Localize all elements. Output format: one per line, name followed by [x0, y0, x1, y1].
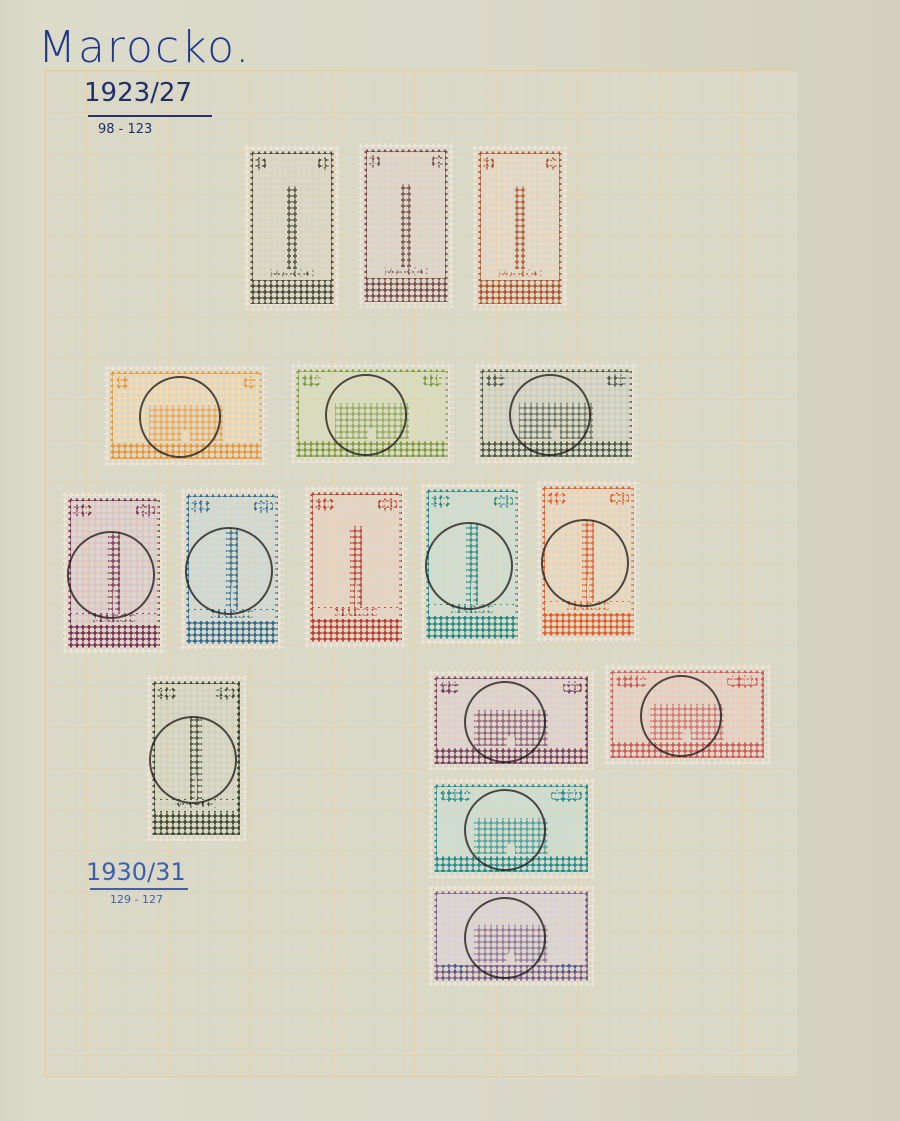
monument-illustration: [474, 710, 549, 747]
denomination: 2: [369, 155, 381, 168]
monument-illustration: [650, 704, 725, 741]
gate-arch: [683, 729, 692, 740]
country-name: MAROC: [155, 800, 237, 811]
monument-illustration: [466, 523, 478, 604]
country-name: MAROC: [437, 895, 585, 905]
monument-illustration: [515, 186, 525, 269]
country-name: MAROC: [113, 375, 259, 385]
section-years: 1923/27: [84, 78, 192, 108]
denomination: 1: [255, 157, 267, 170]
stamp-vignette: [495, 387, 618, 440]
stamp: MAROC3030: [420, 483, 524, 645]
denomination: 30: [378, 498, 397, 511]
gate-arch: [355, 583, 356, 607]
gate-arch: [195, 774, 196, 799]
stamp-vignette: [320, 515, 392, 607]
denomination: 2: [432, 155, 444, 168]
stamp: MAROC3030: [304, 486, 408, 648]
section-years: 1930/31: [86, 858, 186, 886]
stamp: MAROC50c50c: [428, 885, 594, 987]
stamp: MAROC7575: [428, 670, 594, 770]
underline: [88, 115, 212, 117]
underline: [90, 888, 188, 890]
country-name: MAROC: [481, 269, 559, 280]
stamp-vignette: [449, 802, 573, 855]
stamp-frame: MAROC22: [364, 149, 448, 302]
denomination: 3: [546, 157, 558, 170]
stamp: MAROC2525: [180, 488, 284, 650]
denomination: 3: [483, 157, 495, 170]
gate-arch: [113, 589, 114, 613]
monument-illustration: [108, 532, 120, 613]
stamp-frame: MAROC55: [110, 371, 262, 459]
gate-arch: [471, 580, 472, 604]
monument-illustration: [350, 526, 362, 607]
stamp-frame: MAROC1010: [296, 369, 448, 457]
stamp-vignette: [311, 387, 434, 440]
inscription-band: [299, 441, 445, 454]
country-name: MAROC: [253, 269, 331, 280]
gate-arch: [291, 244, 292, 269]
page-heading: Marocko.: [38, 22, 251, 73]
denomination: 15: [486, 374, 505, 387]
denomination: 10: [302, 374, 321, 387]
denomination: 1 40: [727, 675, 758, 688]
stamp-vignette: [196, 517, 268, 609]
gate-arch: [587, 577, 588, 601]
inscription-band: [613, 742, 761, 755]
denomination: 50: [216, 687, 235, 700]
stamp-frame: MAROC50c50c: [434, 891, 588, 981]
surcharge-overprint: 50c: [443, 962, 465, 975]
inscription-band: [113, 443, 259, 456]
stamp: MAROC22: [358, 143, 454, 308]
stamp: MAROC1515: [474, 363, 638, 463]
denomination: 40: [610, 492, 629, 505]
stamp-frame: MAROC5050: [152, 681, 240, 835]
stamp: MAROC1010: [290, 363, 454, 463]
gate-arch: [507, 952, 516, 963]
inscription-band: [483, 441, 629, 454]
stamp-vignette: [162, 705, 231, 800]
gate-arch: [368, 428, 377, 439]
denomination: 1 50: [551, 789, 582, 802]
gate-arch: [507, 843, 516, 854]
monument-illustration: [474, 818, 549, 855]
stamp-frame: MAROC11: [250, 151, 334, 304]
gate-arch: [405, 242, 406, 267]
stamp-frame: MAROC3030: [310, 492, 402, 642]
country-name: MAROC: [313, 608, 399, 619]
stamp-frame: MAROC33: [478, 151, 562, 304]
stamp: MAROC4040: [536, 480, 640, 642]
stamp-vignette: [487, 175, 553, 269]
country-name: MAROC: [429, 605, 515, 616]
denomination: 25: [191, 500, 210, 513]
denomination: 15: [607, 374, 626, 387]
stamp: MAROC1 401 40: [604, 664, 770, 764]
album-page: Marocko. 1923/27 98 - 123 1930/31 129 - …: [0, 0, 900, 1121]
stamp-vignette: [436, 512, 508, 604]
monument-illustration: [474, 925, 549, 963]
stamp-frame: MAROC1 501 50: [434, 784, 588, 872]
inscription-band: [437, 748, 585, 761]
stamp-frame: MAROC7575: [434, 676, 588, 764]
denomination: 5: [244, 376, 256, 389]
denomination: 1: [318, 157, 330, 170]
denomination: 5: [116, 376, 128, 389]
country-name: MAROC: [71, 614, 157, 625]
country-name: MAROC: [545, 602, 631, 613]
stamp-vignette: [449, 909, 573, 963]
denomination: 30: [315, 498, 334, 511]
denomination: 75: [563, 681, 582, 694]
inscription-band: [437, 856, 585, 869]
denomination: 1 40: [616, 675, 647, 688]
stamp-frame: MAROC3030: [426, 489, 518, 639]
stamp-vignette: [78, 521, 150, 613]
monument-illustration: [582, 520, 594, 601]
stamp: MAROC55: [104, 365, 268, 465]
monument-illustration: [335, 403, 409, 440]
stamp-frame: MAROC4040: [542, 486, 634, 636]
surcharge-overprint: 50c: [557, 962, 579, 975]
denomination: 30: [494, 495, 513, 508]
country-name: MAROC: [189, 610, 275, 621]
monument-illustration: [149, 405, 223, 442]
gate-arch: [507, 735, 516, 746]
stamp-vignette: [625, 688, 749, 741]
denomination: 10: [423, 374, 442, 387]
stamp-vignette: [449, 694, 573, 747]
stamp-vignette: [552, 509, 624, 601]
gate-arch: [552, 428, 561, 439]
stamp: MAROC2020: [62, 492, 166, 654]
catalog-range: 129 - 127: [110, 893, 163, 906]
stamp: MAROC5050: [146, 675, 246, 841]
gate-arch: [519, 244, 520, 269]
country-name: MAROC: [367, 267, 445, 278]
monument-illustration: [287, 186, 297, 269]
denomination: 1 50: [440, 789, 471, 802]
stamp-vignette: [373, 173, 439, 267]
denomination: 30: [431, 495, 450, 508]
stamp-vignette: [125, 389, 248, 442]
denomination: 25: [254, 500, 273, 513]
gate-arch: [182, 430, 191, 441]
stamp: MAROC11: [244, 145, 340, 310]
monument-illustration: [226, 528, 238, 609]
denomination: 20: [136, 504, 155, 517]
gate-arch: [231, 585, 232, 609]
denomination: 40: [547, 492, 566, 505]
stamp: MAROC1 501 50: [428, 778, 594, 878]
stamp: MAROC33: [472, 145, 568, 310]
catalog-range: 98 - 123: [98, 122, 152, 137]
monument-illustration: [401, 184, 411, 267]
monument-illustration: [190, 716, 201, 799]
stamp-vignette: [259, 175, 325, 269]
stamp-frame: MAROC1515: [480, 369, 632, 457]
stamp-frame: MAROC2020: [68, 498, 160, 648]
denomination: 20: [73, 504, 92, 517]
stamp-frame: MAROC2525: [186, 494, 278, 644]
stamp-frame: MAROC1 401 40: [610, 670, 764, 758]
denomination: 50: [157, 687, 176, 700]
monument-illustration: [519, 403, 593, 440]
denomination: 75: [440, 681, 459, 694]
